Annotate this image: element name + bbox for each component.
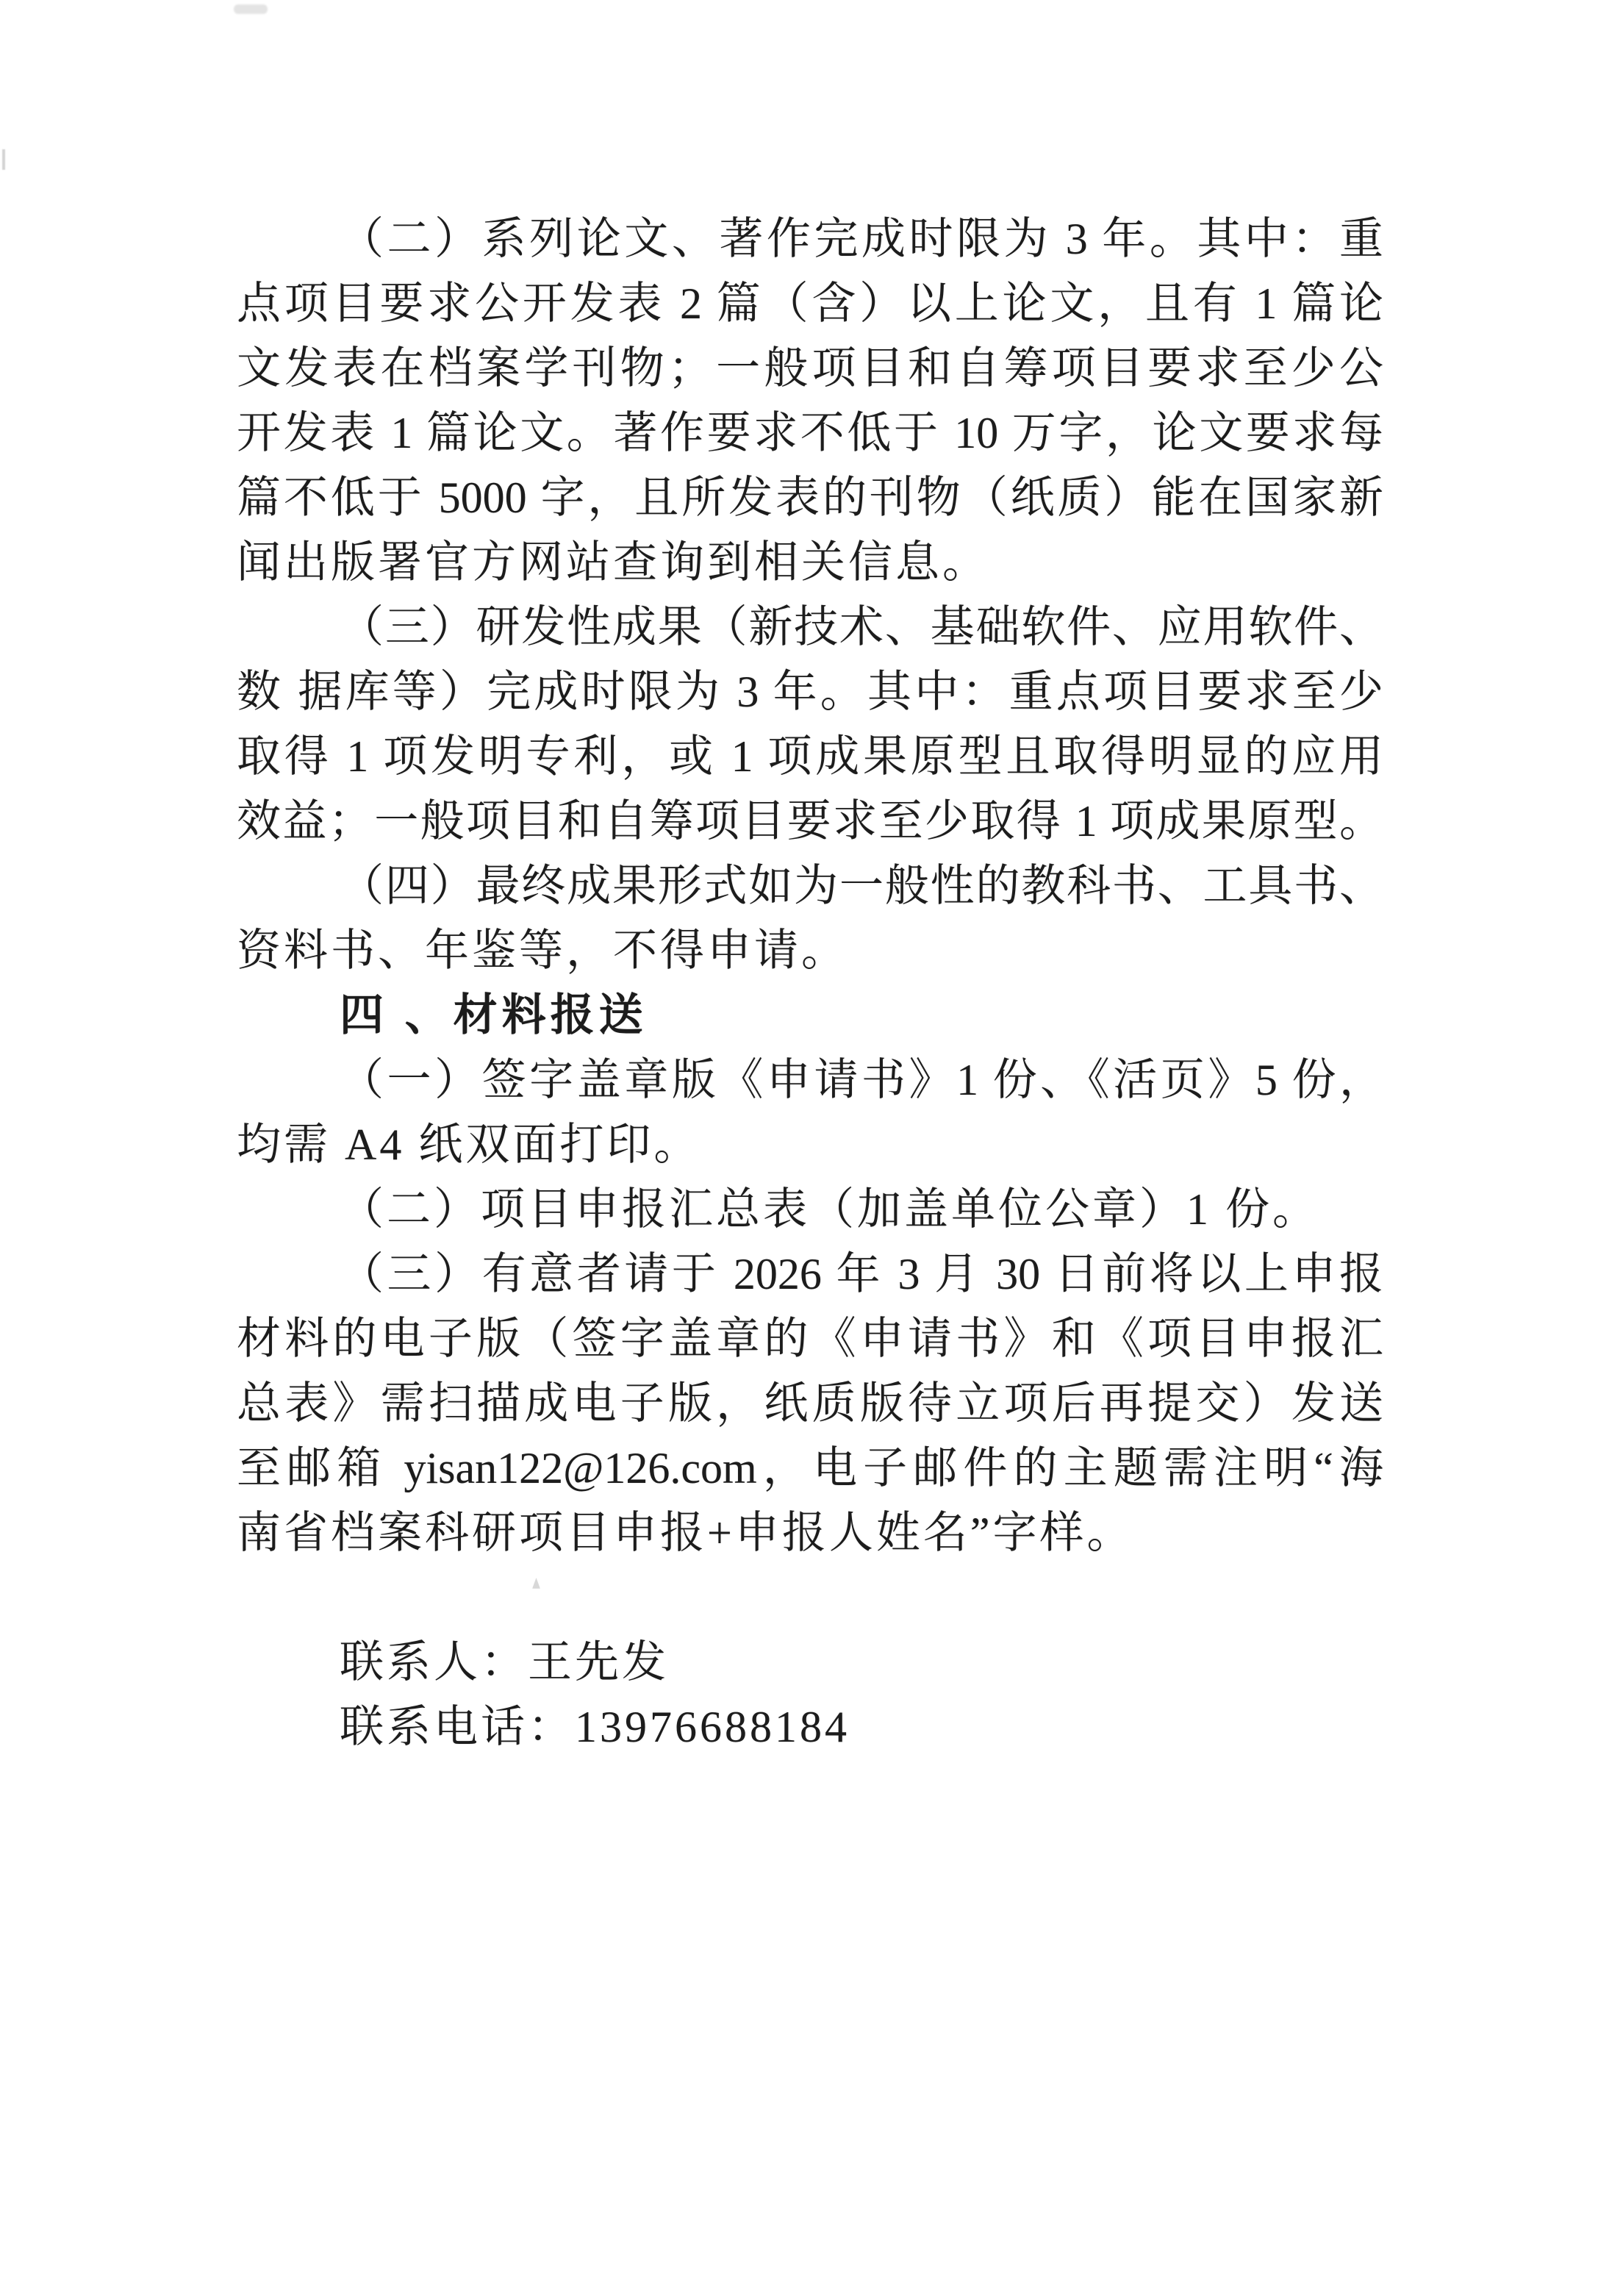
scan-edge-mark-artifact — [2, 149, 5, 170]
text-line: 均需 A4 纸双面打印。 — [237, 1112, 1383, 1177]
contact-phone-line: 联系电话：13976688184 — [237, 1695, 1383, 1759]
text-line: 效益；一般项目和自筹项目要求至少取得 1 项成果原型。 — [237, 789, 1383, 854]
document-page: （二）系列论文、著作完成时限为 3 年。其中：重 点项目要求公开发表 2 篇（含… — [0, 0, 1623, 2296]
blank-line — [237, 1565, 1383, 1630]
text-line: 资料书、年鉴等，不得申请。 — [237, 918, 1383, 983]
text-line: 点项目要求公开发表 2 篇（含）以上论文，且有 1 篇论 — [237, 271, 1383, 336]
text-line: 篇不低于 5000 字，且所发表的刊物（纸质）能在国家新 — [237, 465, 1383, 530]
text-line: （二）项目申报汇总表（加盖单位公章）1 份。 — [237, 1177, 1383, 1242]
text-line: 南省档案科研项目申报+申报人姓名”字样。 — [237, 1501, 1383, 1565]
text-line: （一）签字盖章版《申请书》1 份、《活页》5 份， — [237, 1048, 1383, 1112]
scan-smudge-artifact — [234, 4, 268, 14]
section-heading: 四 、材料报送 — [237, 983, 1383, 1048]
text-line: 材料的电子版（签字盖章的《申请书》和《项目申报汇 — [237, 1306, 1383, 1371]
text-line: 取得 1 项发明专利，或 1 项成果原型且取得明显的应用 — [237, 724, 1383, 789]
text-line: 至邮箱 yisan122@126.com，电子邮件的主题需注明“海 — [237, 1436, 1383, 1501]
text-line: 数 据库等）完成时限为 3 年。其中：重点项目要求至少 — [237, 659, 1383, 724]
contact-person-line: 联系人：王先发 — [237, 1630, 1383, 1695]
text-line: 总表》需扫描成电子版，纸质版待立项后再提交）发送 — [237, 1371, 1383, 1436]
text-line: （三）研发性成果（新技术、基础软件、应用软件、 — [237, 595, 1383, 659]
text-line: （四）最终成果形式如为一般性的教科书、工具书、 — [237, 854, 1383, 918]
text-line: （二）系列论文、著作完成时限为 3 年。其中：重 — [237, 207, 1383, 271]
text-line: 开发表 1 篇论文。著作要求不低于 10 万字，论文要求每 — [237, 401, 1383, 465]
text-line: （三）有意者请于 2026 年 3 月 30 日前将以上申报 — [237, 1242, 1383, 1306]
text-line: 文发表在档案学刊物；一般项目和自筹项目要求至少公 — [237, 336, 1383, 401]
text-line: 闻出版署官方网站查询到相关信息。 — [237, 530, 1383, 595]
document-body: （二）系列论文、著作完成时限为 3 年。其中：重 点项目要求公开发表 2 篇（含… — [237, 207, 1383, 1759]
